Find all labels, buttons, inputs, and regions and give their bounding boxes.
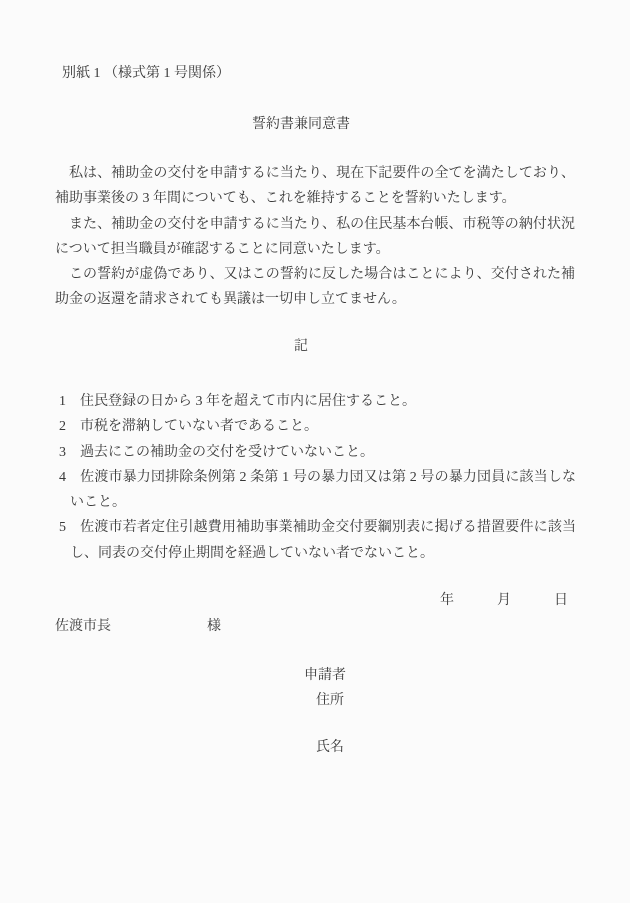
- requirement-item-4: 4佐渡市暴力団排除条例第 2 条第 1 号の暴力団又は第 2 号の暴力団員に該当…: [55, 465, 576, 516]
- item-text: 市税を滞納していない者であること。: [80, 419, 318, 434]
- item-number: 2: [59, 414, 80, 439]
- item-text: 佐渡市若者定住引越費用補助事業補助金交付要綱別表に掲げる措置要件に該当し、同表の…: [70, 520, 576, 560]
- item-number: 1: [59, 389, 80, 414]
- year-label: 年: [440, 593, 454, 608]
- honorific-label: 様: [207, 619, 221, 634]
- requirement-item-2: 2市税を滞納していない者であること。: [55, 414, 576, 439]
- paragraph-repayment: この誓約が虚偽であり、又はこの誓約に反した場合はことにより、交付された補助金の返…: [55, 262, 575, 313]
- applicant-label: 申請者: [304, 663, 346, 688]
- requirement-item-1: 1住民登録の日から 3 年を超えて市内に居住すること。: [55, 389, 576, 414]
- name-label: 氏名: [316, 735, 344, 760]
- month-label: 月: [497, 593, 511, 608]
- attachment-reference: 別紙 1 （様式第 1 号関係）: [62, 61, 230, 86]
- item-text: 佐渡市暴力団排除条例第 2 条第 1 号の暴力団又は第 2 号の暴力団員に該当し…: [70, 470, 576, 510]
- item-text: 住民登録の日から 3 年を超えて市内に居住すること。: [80, 394, 416, 409]
- body-paragraphs: 私は、補助金の交付を申請するに当たり、現在下記要件の全てを満たしており、補助事業…: [55, 161, 575, 313]
- day-label: 日: [554, 593, 568, 608]
- paragraph-oath: 私は、補助金の交付を申請するに当たり、現在下記要件の全てを満たしており、補助事業…: [55, 161, 575, 212]
- item-number: 5: [59, 515, 80, 540]
- address-label: 住所: [316, 688, 344, 713]
- document-page: 別紙 1 （様式第 1 号関係） 誓約書兼同意書 私は、補助金の交付を申請するに…: [0, 0, 630, 903]
- document-title: 誓約書兼同意書: [55, 112, 547, 137]
- requirement-item-5: 5佐渡市若者定住引越費用補助事業補助金交付要綱別表に掲げる措置要件に該当し、同表…: [55, 515, 576, 566]
- requirements-list: 1住民登録の日から 3 年を超えて市内に居住すること。 2市税を滞納していない者…: [55, 389, 576, 566]
- date-line: 年月日: [440, 588, 568, 613]
- item-number: 3: [59, 440, 80, 465]
- addressee-name-blank: [111, 629, 207, 630]
- requirement-item-3: 3過去にこの補助金の交付を受けていないこと。: [55, 440, 576, 465]
- addressee-line: 佐渡市長様: [55, 614, 221, 639]
- item-text: 過去にこの補助金の交付を受けていないこと。: [80, 445, 374, 460]
- ki-heading: 記: [55, 334, 547, 359]
- item-number: 4: [59, 465, 80, 490]
- paragraph-consent: また、補助金の交付を申請するに当たり、私の住民基本台帳、市税等の納付状況について…: [55, 212, 575, 263]
- addressee-title: 佐渡市長: [55, 619, 111, 634]
